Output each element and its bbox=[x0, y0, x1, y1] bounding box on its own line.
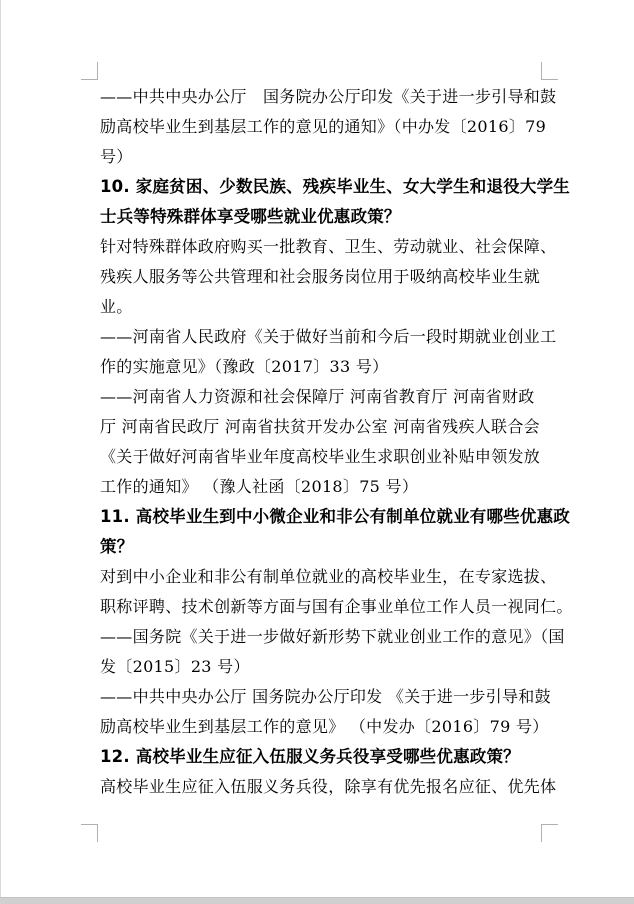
app-background-strip bbox=[0, 897, 634, 904]
paragraph-body: 高校毕业生应征入伍服义务兵役，除享有优先报名应征、优先体 bbox=[100, 772, 545, 802]
text-line: 职称评聘、技术创新等方面与国有企事业单位工作人员一视同仁。 bbox=[100, 592, 545, 622]
text-line: 士兵等特殊群体享受哪些就业优惠政策？ bbox=[100, 202, 545, 232]
text-line: 高校毕业生应征入伍服义务兵役，除享有优先报名应征、优先体 bbox=[100, 772, 545, 802]
margin-crop-mark-bottom-right bbox=[541, 824, 558, 842]
text-line: ——中共中央办公厅 国务院办公厅印发《关于进一步引导和鼓 bbox=[100, 82, 545, 112]
paragraph-heading: 12. 高校毕业生应征入伍服义务兵役享受哪些优惠政策？ bbox=[100, 742, 545, 772]
margin-crop-mark-top-left bbox=[81, 62, 98, 80]
text-line: 工作的通知》 （豫人社函〔2018〕75 号） bbox=[100, 472, 545, 502]
paragraph-body: 针对特殊群体政府购买一批教育、卫生、劳动就业、社会保障、残疾人服务等公共管理和社… bbox=[100, 232, 545, 322]
page-left-edge-line bbox=[0, 0, 1, 904]
text-line: 针对特殊群体政府购买一批教育、卫生、劳动就业、社会保障、 bbox=[100, 232, 545, 262]
text-line: ——国务院《关于进一步做好新形势下就业创业工作的意见》（国 bbox=[100, 622, 545, 652]
paragraph-heading: 11. 高校毕业生到中小微企业和非公有制单位就业有哪些优惠政策？ bbox=[100, 502, 545, 562]
text-line: 对到中小企业和非公有制单位就业的高校毕业生，在专家选拔、 bbox=[100, 562, 545, 592]
text-line: 励高校毕业生到基层工作的意见》 （中发办〔2016〕79 号） bbox=[100, 712, 545, 742]
paragraph-citation: ——河南省人力资源和社会保障厅 河南省教育厅 河南省财政厅 河南省民政厅 河南省… bbox=[100, 382, 545, 502]
text-line: 业。 bbox=[100, 292, 545, 322]
paragraph-heading: 10. 家庭贫困、少数民族、残疾毕业生、女大学生和退役大学生士兵等特殊群体享受哪… bbox=[100, 172, 545, 232]
text-line: 《关于做好河南省毕业年度高校毕业生求职创业补贴申领发放 bbox=[100, 442, 545, 472]
margin-crop-mark-top-right bbox=[541, 62, 558, 80]
paragraph-citation: ——中共中央办公厅 国务院办公厅印发 《关于进一步引导和鼓励高校毕业生到基层工作… bbox=[100, 682, 545, 742]
text-line: 12. 高校毕业生应征入伍服义务兵役享受哪些优惠政策？ bbox=[100, 742, 545, 772]
document-page: ——中共中央办公厅 国务院办公厅印发《关于进一步引导和鼓励高校毕业生到基层工作的… bbox=[0, 0, 634, 904]
text-line: ——河南省人力资源和社会保障厅 河南省教育厅 河南省财政 bbox=[100, 382, 545, 412]
text-line: 发〔2015〕23 号） bbox=[100, 652, 545, 682]
text-line: 策？ bbox=[100, 532, 545, 562]
text-line: ——中共中央办公厅 国务院办公厅印发 《关于进一步引导和鼓 bbox=[100, 682, 545, 712]
text-line: 10. 家庭贫困、少数民族、残疾毕业生、女大学生和退役大学生 bbox=[100, 172, 545, 202]
paragraph-body: 对到中小企业和非公有制单位就业的高校毕业生，在专家选拔、职称评聘、技术创新等方面… bbox=[100, 562, 545, 622]
paragraph-citation: ——河南省人民政府《关于做好当前和今后一段时期就业创业工作的实施意见》（豫政〔2… bbox=[100, 322, 545, 382]
margin-crop-mark-bottom-left bbox=[81, 824, 98, 842]
text-line: 厅 河南省民政厅 河南省扶贫开发办公室 河南省残疾人联合会 bbox=[100, 412, 545, 442]
text-line: 号） bbox=[100, 142, 545, 172]
document-text-area[interactable]: ——中共中央办公厅 国务院办公厅印发《关于进一步引导和鼓励高校毕业生到基层工作的… bbox=[100, 82, 545, 802]
text-line: 残疾人服务等公共管理和社会服务岗位用于吸纳高校毕业生就 bbox=[100, 262, 545, 292]
text-line: 励高校毕业生到基层工作的意见的通知》（中办发〔2016〕79 bbox=[100, 112, 545, 142]
text-line: 作的实施意见》（豫政〔2017〕33 号） bbox=[100, 352, 545, 382]
text-line: ——河南省人民政府《关于做好当前和今后一段时期就业创业工 bbox=[100, 322, 545, 352]
paragraph-citation: ——中共中央办公厅 国务院办公厅印发《关于进一步引导和鼓励高校毕业生到基层工作的… bbox=[100, 82, 545, 172]
text-line: 11. 高校毕业生到中小微企业和非公有制单位就业有哪些优惠政 bbox=[100, 502, 545, 532]
paragraph-citation: ——国务院《关于进一步做好新形势下就业创业工作的意见》（国发〔2015〕23 号… bbox=[100, 622, 545, 682]
